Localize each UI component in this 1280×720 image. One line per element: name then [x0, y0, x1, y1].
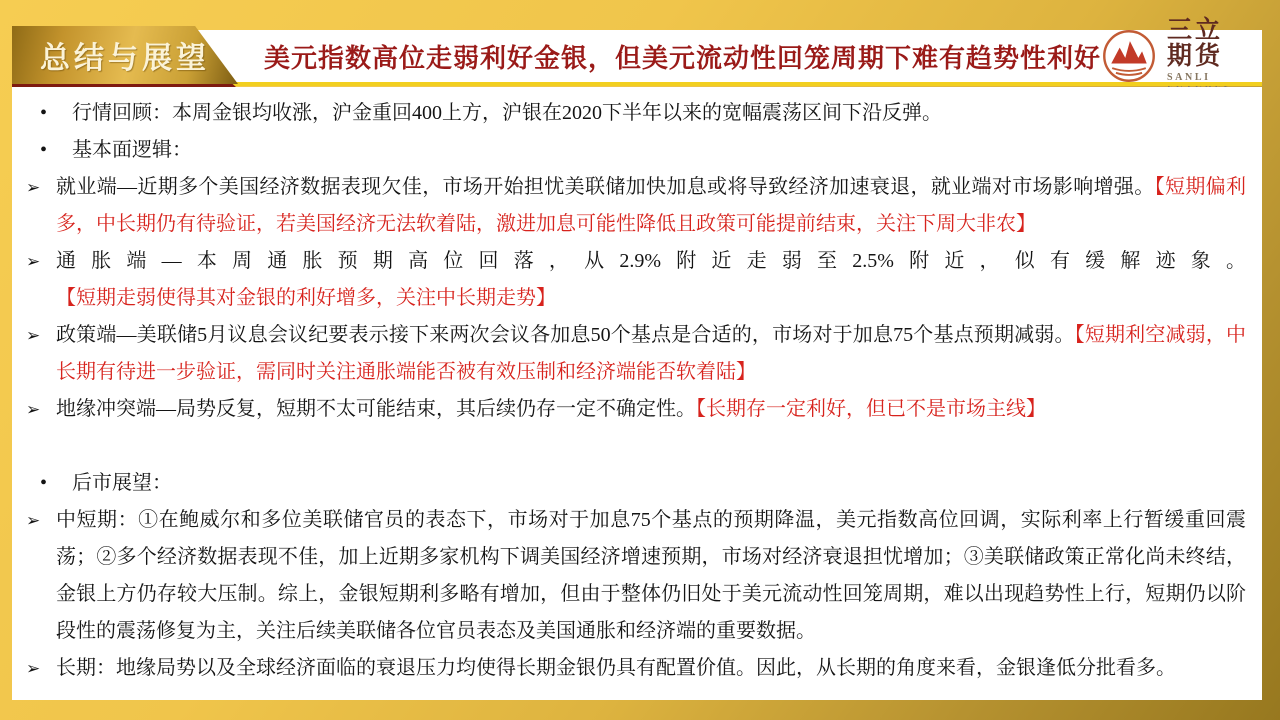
- list-item: ➢就业端—近期多个美国经济数据表现欠佳，市场开始担忧美联储加快加息或将导致经济加…: [26, 169, 1246, 243]
- highlight-text-segment: 【短期走弱使得其对金银的利好增多，关注中长期走势】: [56, 287, 556, 309]
- list-item: ➢通胀端—本周通胀预期高位回落，从2.9%附近走弱至2.5%附近，似有缓解迹象。…: [26, 243, 1246, 317]
- list-item: ➢地缘冲突端—局势反复，短期不太可能结束，其后续仍存一定不确定性。【长期存一定利…: [26, 391, 1246, 428]
- content-area: •行情回顾：本周金银均收涨，沪金重回400上方，沪银在2020下半年以来的宽幅震…: [12, 87, 1262, 700]
- text-segment: 就业端—近期多个美国经济数据表现欠佳，市场开始担忧美联储加快加息或将导致经济加速…: [56, 176, 1155, 198]
- text-segment: 地缘冲突端—局势反复，短期不太可能结束，其后续仍存一定不确定性。: [56, 398, 696, 420]
- content-list: •行情回顾：本周金银均收涨，沪金重回400上方，沪银在2020下半年以来的宽幅震…: [26, 95, 1246, 687]
- text-segment: 后市展望：: [72, 472, 172, 494]
- list-item: ➢长期：地缘局势以及全球经济面临的衰退压力均使得长期金银仍具有配置价值。因此，从…: [26, 650, 1246, 687]
- list-item: ➢政策端—美联储5月议息会议纪要表示接下来两次会议各加息50个基点是合适的，市场…: [26, 317, 1246, 391]
- bullet-icon: •: [40, 465, 47, 502]
- arrow-bullet-icon: ➢: [26, 317, 40, 354]
- slide-title: 美元指数高位走弱利好金银，但美元流动性回笼周期下难有趋势性利好: [264, 38, 1101, 75]
- arrow-bullet-icon: ➢: [26, 502, 40, 539]
- list-item: •基本面逻辑：: [26, 132, 1246, 169]
- logo-name-cn: 三立期货: [1167, 18, 1236, 71]
- list-item: •行情回顾：本周金银均收涨，沪金重回400上方，沪银在2020下半年以来的宽幅震…: [26, 95, 1246, 132]
- text-segment: 长期：地缘局势以及全球经济面临的衰退压力均使得长期金银仍具有配置价值。因此，从长…: [56, 657, 1176, 679]
- bullet-icon: •: [40, 132, 47, 169]
- text-segment: 基本面逻辑：: [72, 139, 192, 161]
- slide-frame: 美元指数高位走弱利好金银，但美元流动性回笼周期下难有趋势性利好 三立期货 SAN…: [0, 0, 1280, 720]
- bullet-icon: •: [40, 95, 47, 132]
- text-segment: 政策端—美联储5月议息会议纪要表示接下来两次会议各加息50个基点是合适的，市场对…: [56, 324, 1075, 346]
- text-segment: 行情回顾：本周金银均收涨，沪金重回400上方，沪银在2020下半年以来的宽幅震荡…: [72, 102, 942, 124]
- arrow-bullet-icon: ➢: [26, 169, 40, 206]
- highlight-text-segment: 【长期存一定利好，但已不是市场主线】: [696, 398, 1046, 420]
- text-segment: 通胀端—本周通胀预期高位回落，从2.9%附近走弱至2.5%附近，似有缓解迹象。: [56, 250, 1246, 272]
- sanli-logo-icon: [1101, 28, 1157, 84]
- arrow-bullet-icon: ➢: [26, 650, 40, 687]
- section-badge-label: 总结与展望: [40, 33, 210, 77]
- arrow-bullet-icon: ➢: [26, 243, 40, 280]
- list-item: ➢中短期：①在鲍威尔和多位美联储官员的表态下，市场对于加息75个基点的预期降温，…: [26, 502, 1246, 650]
- text-segment: 中短期：①在鲍威尔和多位美联储官员的表态下，市场对于加息75个基点的预期降温，美…: [56, 509, 1246, 642]
- arrow-bullet-icon: ➢: [26, 391, 40, 428]
- list-item: •后市展望：: [26, 465, 1246, 502]
